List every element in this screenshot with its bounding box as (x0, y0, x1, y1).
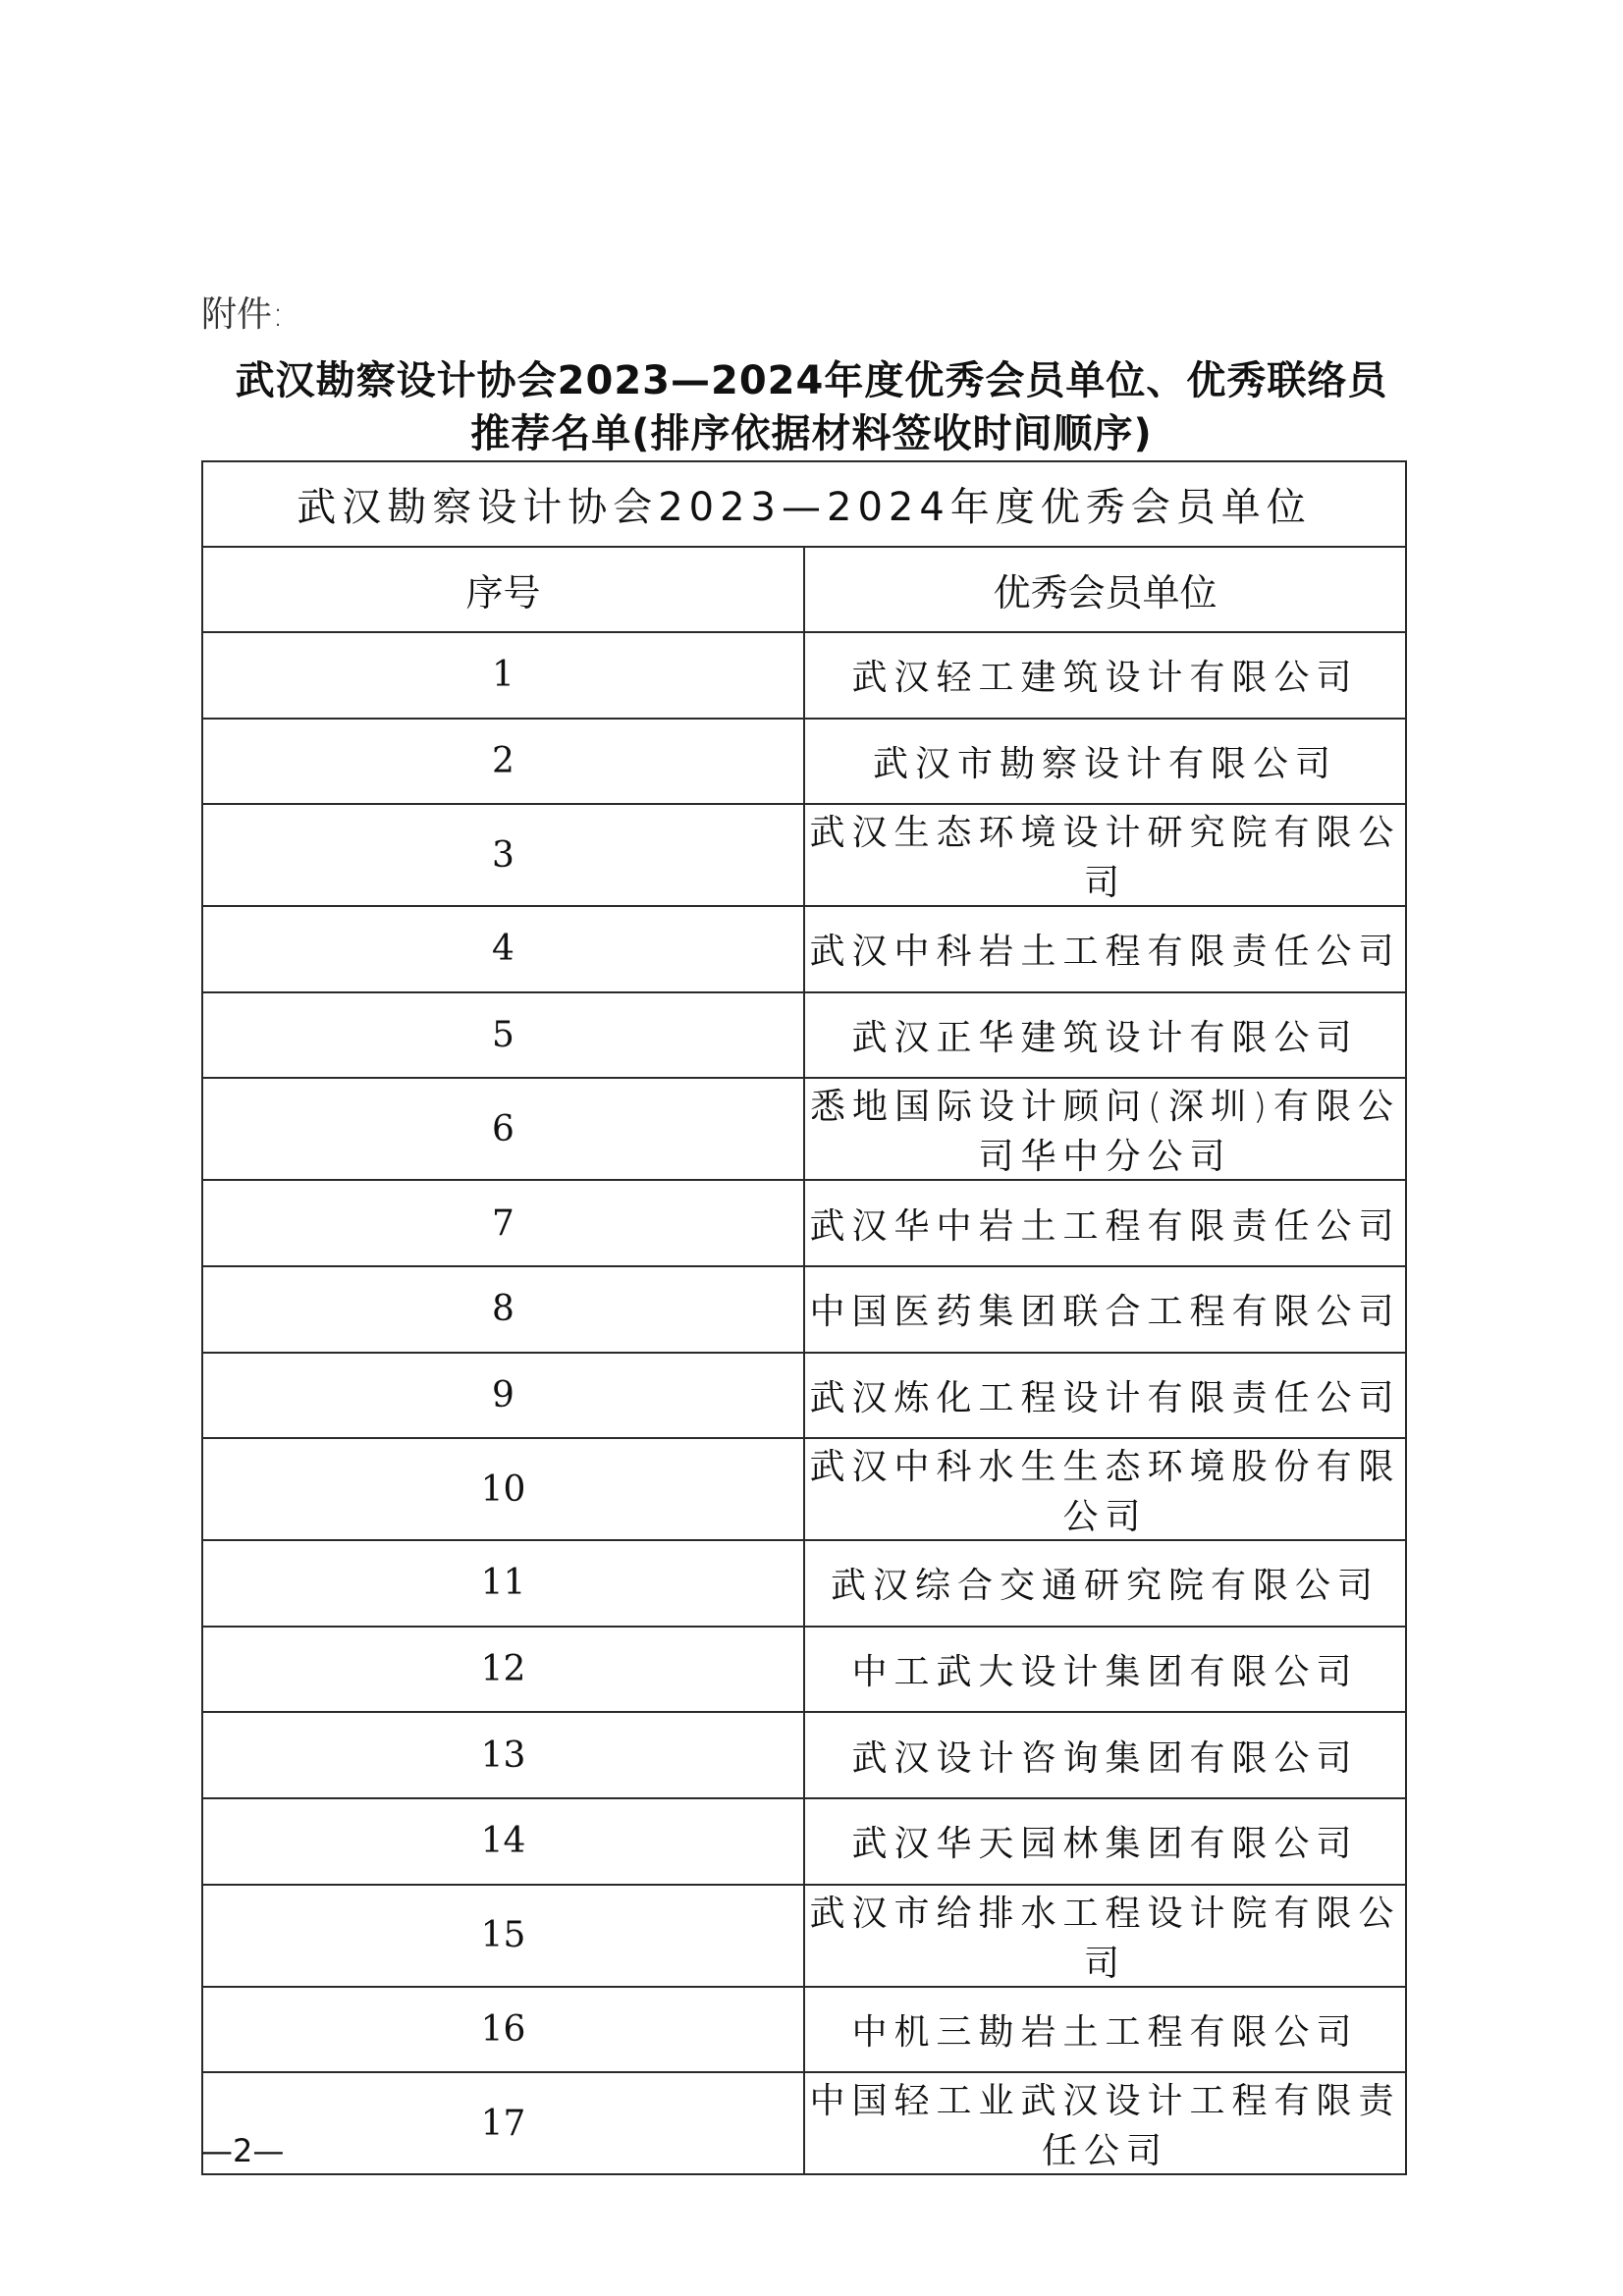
unit-name: 武汉综合交通研究院有限公司 (804, 1540, 1406, 1627)
unit-name: 武汉市给排水工程设计院有限公司 (804, 1885, 1406, 1987)
row-number: 14 (202, 1798, 804, 1885)
unit-name: 武汉华中岩土工程有限责任公司 (804, 1180, 1406, 1266)
row-number: 8 (202, 1266, 804, 1353)
table-row: 11武汉综合交通研究院有限公司 (202, 1540, 1406, 1627)
unit-name: 中工武大设计集团有限公司 (804, 1627, 1406, 1713)
table-row: 3武汉生态环境设计研究院有限公司 (202, 804, 1406, 906)
table-section-title-row: 武汉勘察设计协会2023—2024年度优秀会员单位 (202, 461, 1406, 547)
table-row: 6悉地国际设计顾问(深圳)有限公司华中分公司 (202, 1078, 1406, 1180)
unit-name: 武汉市勘察设计有限公司 (804, 719, 1406, 805)
unit-name: 武汉设计咨询集团有限公司 (804, 1712, 1406, 1798)
table-row: 9武汉炼化工程设计有限责任公司 (202, 1353, 1406, 1439)
unit-name: 悉地国际设计顾问(深圳)有限公司华中分公司 (804, 1078, 1406, 1180)
table-row: 5武汉正华建筑设计有限公司 (202, 992, 1406, 1079)
table-row: 15武汉市给排水工程设计院有限公司 (202, 1885, 1406, 1987)
row-number: 2 (202, 719, 804, 805)
row-number: 9 (202, 1353, 804, 1439)
table-row: 14武汉华天园林集团有限公司 (202, 1798, 1406, 1885)
table-row: 2武汉市勘察设计有限公司 (202, 719, 1406, 805)
table-row: 4武汉中科岩土工程有限责任公司 (202, 906, 1406, 992)
attachment-label: 附件: (201, 287, 284, 337)
table-row: 7武汉华中岩土工程有限责任公司 (202, 1180, 1406, 1266)
unit-name: 武汉中科岩土工程有限责任公司 (804, 906, 1406, 992)
row-number: 1 (202, 632, 804, 719)
unit-name: 中国轻工业武汉设计工程有限责任公司 (804, 2072, 1406, 2174)
table-section-title: 武汉勘察设计协会2023—2024年度优秀会员单位 (202, 461, 1406, 547)
row-number: 6 (202, 1078, 804, 1180)
member-unit-table: 武汉勘察设计协会2023—2024年度优秀会员单位 序号 优秀会员单位 1武汉轻… (201, 460, 1407, 2175)
document-title-line2: 推荐名单(排序依据材料签收时间顺序) (147, 402, 1476, 458)
unit-name: 武汉生态环境设计研究院有限公司 (804, 804, 1406, 906)
table-row: 10武汉中科水生生态环境股份有限公司 (202, 1438, 1406, 1540)
table-header-row: 序号 优秀会员单位 (202, 547, 1406, 632)
row-number: 12 (202, 1627, 804, 1713)
row-number: 7 (202, 1180, 804, 1266)
unit-name: 中机三勘岩土工程有限公司 (804, 1987, 1406, 2073)
row-number: 11 (202, 1540, 804, 1627)
table-row: 1武汉轻工建筑设计有限公司 (202, 632, 1406, 719)
column-header-unit: 优秀会员单位 (804, 547, 1406, 632)
table-row: 12中工武大设计集团有限公司 (202, 1627, 1406, 1713)
unit-name: 武汉中科水生生态环境股份有限公司 (804, 1438, 1406, 1540)
row-number: 15 (202, 1885, 804, 1987)
page-number: —2— (201, 2132, 284, 2169)
document-title-line1: 武汉勘察设计协会2023—2024年度优秀会员单位、优秀联络员 (147, 349, 1476, 405)
table-row: 13武汉设计咨询集团有限公司 (202, 1712, 1406, 1798)
row-number: 5 (202, 992, 804, 1079)
row-number: 3 (202, 804, 804, 906)
row-number: 17 (202, 2072, 804, 2174)
unit-name: 武汉正华建筑设计有限公司 (804, 992, 1406, 1079)
table-row: 8中国医药集团联合工程有限公司 (202, 1266, 1406, 1353)
unit-name: 武汉轻工建筑设计有限公司 (804, 632, 1406, 719)
table-row: 16中机三勘岩土工程有限公司 (202, 1987, 1406, 2073)
table-row: 17中国轻工业武汉设计工程有限责任公司 (202, 2072, 1406, 2174)
unit-name: 武汉炼化工程设计有限责任公司 (804, 1353, 1406, 1439)
row-number: 10 (202, 1438, 804, 1540)
row-number: 4 (202, 906, 804, 992)
unit-name: 武汉华天园林集团有限公司 (804, 1798, 1406, 1885)
unit-name: 中国医药集团联合工程有限公司 (804, 1266, 1406, 1353)
row-number: 16 (202, 1987, 804, 2073)
row-number: 13 (202, 1712, 804, 1798)
column-header-number: 序号 (202, 547, 804, 632)
